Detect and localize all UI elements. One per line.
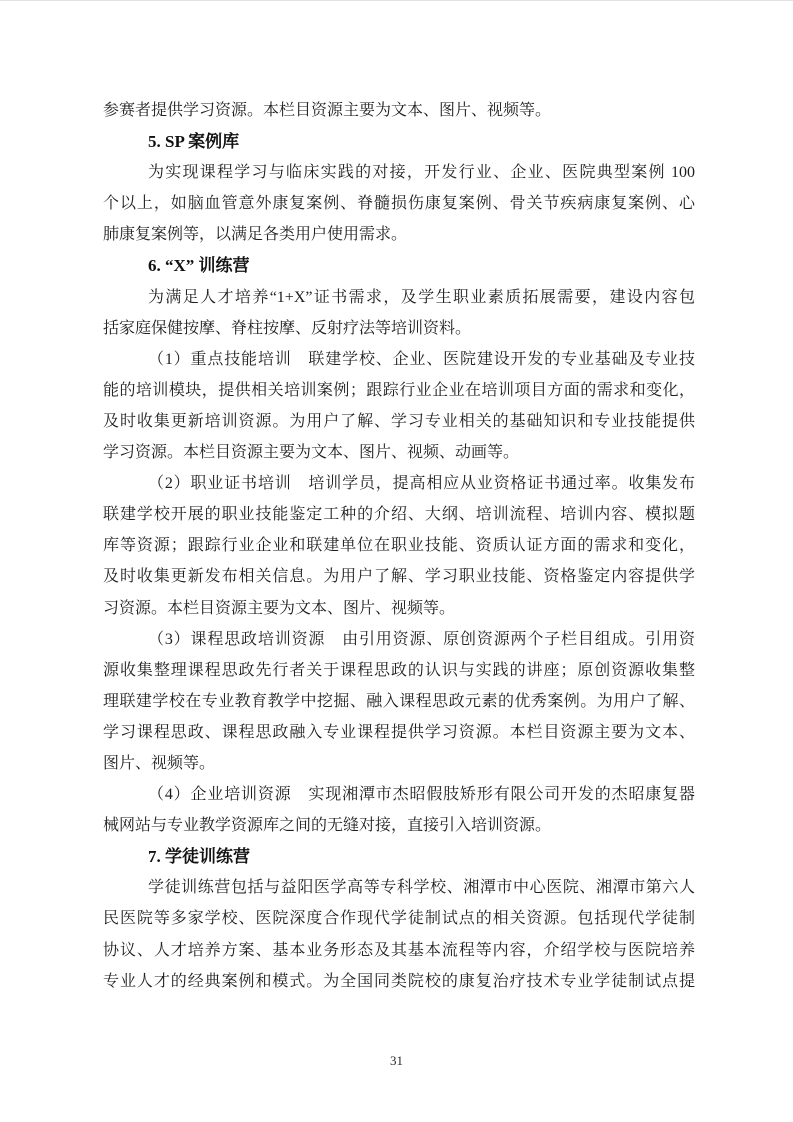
text-line: 肺康复案例等，以满足各类用户使用需求。 (103, 219, 695, 250)
text-line: （2）职业证书培训 培训学员，提高相应从业资格证书通过率。收集发布 (103, 468, 695, 499)
text-line: 专业人才的经典案例和模式。为全国同类院校的康复治疗技术专业学徒制试点提 (103, 966, 695, 997)
section-heading-7: 7. 学徒训练营 (103, 841, 695, 872)
text-line: 械网站与专业教学资源库之间的无缝对接，直接引入培训资源。 (103, 810, 695, 841)
section-heading-5: 5. SP 案例库 (103, 126, 695, 157)
text-line: （1）重点技能培训 联建学校、企业、医院建设开发的专业基础及专业技 (103, 344, 695, 375)
text-line: 及时收集更新发布相关信息。为用户了解、学习职业技能、资格鉴定内容提供学 (103, 561, 695, 592)
text-line: 习资源。本栏目资源主要为文本、图片、视频等。 (103, 593, 695, 624)
text-line: 括家庭保健按摩、脊柱按摩、反射疗法等培训资料。 (103, 313, 695, 344)
text-line: 学徒训练营包括与益阳医学高等专科学校、湘潭市中心医院、湘潭市第六人 (103, 872, 695, 903)
text-line: 学习课程思政、课程思政融入专业课程提供学习资源。本栏目资源主要为文本、 (103, 717, 695, 748)
document-page: { "doc": { "blocks": [ { "type": "paragr… (0, 0, 793, 1122)
text-line: 学习资源。本栏目资源主要为文本、图片、视频、动画等。 (103, 437, 695, 468)
document-text-column: 参赛者提供学习资源。本栏目资源主要为文本、图片、视频等。 5. SP 案例库 为… (103, 95, 695, 997)
text-line: 及时收集更新培训资源。为用户了解、学习专业相关的基础知识和专业技能提供 (103, 406, 695, 437)
text-line: 个以上，如脑血管意外康复案例、脊髓损伤康复案例、骨关节疾病康复案例、心 (103, 188, 695, 219)
text-line: 为实现课程学习与临床实践的对接，开发行业、企业、医院典型案例 100 (103, 157, 695, 188)
text-line: （4）企业培训资源 实现湘潭市杰昭假肢矫形有限公司开发的杰昭康复器 (103, 779, 695, 810)
text-line: 协议、人才培养方案、基本业务形态及其基本流程等内容，介绍学校与医院培养 (103, 935, 695, 966)
text-line: 能的培训模块，提供相关培训案例；跟踪行业企业在培训项目方面的需求和变化， (103, 375, 695, 406)
section-heading-6: 6. “X” 训练营 (103, 250, 695, 281)
text-line: （3）课程思政培训资源 由引用资源、原创资源两个子栏目组成。引用资 (103, 624, 695, 655)
text-line: 源收集整理课程思政先行者关于课程思政的认识与实践的讲座；原创资源收集整 (103, 655, 695, 686)
text-line: 参赛者提供学习资源。本栏目资源主要为文本、图片、视频等。 (103, 95, 695, 126)
text-line: 理联建学校在专业教育教学中挖掘、融入课程思政元素的优秀案例。为用户了解、 (103, 686, 695, 717)
text-line: 为满足人才培养“1+X”证书需求，及学生职业素质拓展需要，建设内容包 (103, 282, 695, 313)
text-line: 库等资源；跟踪行业企业和联建单位在职业技能、资质认证方面的需求和变化， (103, 530, 695, 561)
page-number: 31 (0, 1050, 793, 1072)
text-line: 图片、视频等。 (103, 748, 695, 779)
text-line: 民医院等多家学校、医院深度合作现代学徒制试点的相关资源。包括现代学徒制 (103, 903, 695, 934)
text-line: 联建学校开展的职业技能鉴定工种的介绍、大纲、培训流程、培训内容、模拟题 (103, 499, 695, 530)
